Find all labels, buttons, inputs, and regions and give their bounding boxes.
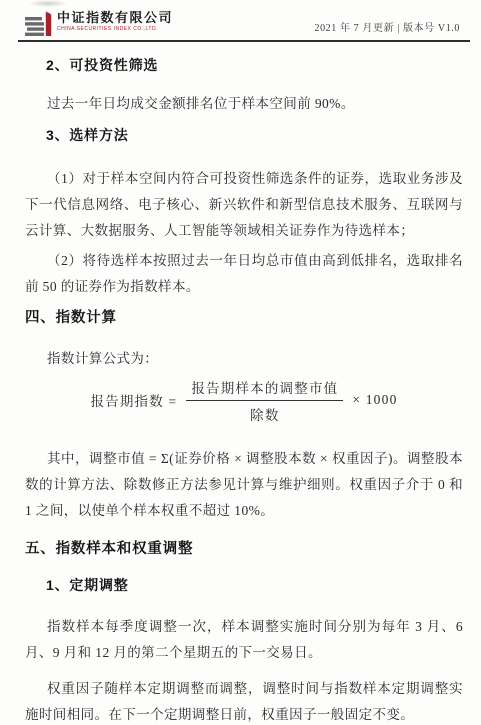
csi-logo-icon [25, 10, 52, 37]
para-selection-step2: （2）将待选样本按照过去一年日均总市值由高到低排名，选取排名前 50 的证券作为… [25, 248, 463, 300]
index-formula: 报告期指数 = 报告期样本的调整市值 除数 × 1000 [25, 378, 463, 422]
formula-denominator: 除数 [250, 401, 279, 424]
company-name-block: 中证指数有限公司 CHINA SECURITIES INDEX CO.,LTD. [57, 10, 173, 32]
heading-periodic-adjustment: 1、定期调整 [46, 576, 463, 594]
company-name: 中证指数有限公司 [57, 10, 173, 25]
document-body: 2、可投资性筛选 过去一年日均成交金额排名位于样本空间前 90%。 3、选样方法… [0, 56, 481, 725]
heading-investability-screening: 2、可投资性筛选 [46, 56, 463, 74]
para-adjusted-marketcap-note: 其中，调整市值 = Σ(证券价格 × 调整股本数 × 权重因子)。调整股本数的计… [25, 446, 463, 524]
heading-index-calculation: 四、指数计算 [25, 308, 463, 328]
heading-sample-weight-adjustment: 五、指数样本和权重调整 [25, 539, 463, 559]
para-weight-factor-adjustment: 权重因子随样本定期调整而调整，调整时间与指数样本定期调整实施时间相同。在下一个定… [25, 676, 463, 725]
para-turnover-rank: 过去一年日均成交金额排名位于样本空间前 90%。 [25, 91, 463, 117]
formula-lhs: 报告期指数 = [90, 390, 177, 410]
version-info: 2021 年 7 月更新 | 版本号 V1.0 [314, 19, 460, 37]
header-divider [18, 40, 470, 42]
para-formula-intro: 指数计算公式为： [25, 346, 463, 372]
formula-multiplier: × 1000 [352, 392, 397, 408]
para-selection-step1: （1）对于样本空间内符合可投资性筛选条件的证券，选取业务涉及下一代信息网络、电子… [25, 166, 463, 244]
formula-numerator: 报告期样本的调整市值 [186, 377, 343, 401]
heading-selection-method: 3、选样方法 [46, 126, 463, 144]
para-quarterly-adjustment: 指数样本每季度调整一次，样本调整实施时间分别为每年 3 月、6 月、9 月和 1… [25, 614, 463, 666]
company-brand: 中证指数有限公司 CHINA SECURITIES INDEX CO.,LTD. [25, 10, 173, 37]
company-name-english: CHINA SECURITIES INDEX CO.,LTD. [57, 26, 173, 32]
page-header: 中证指数有限公司 CHINA SECURITIES INDEX CO.,LTD.… [0, 0, 481, 37]
formula-fraction: 报告期样本的调整市值 除数 [186, 377, 343, 424]
document-page: 中证指数有限公司 CHINA SECURITIES INDEX CO.,LTD.… [0, 0, 481, 725]
